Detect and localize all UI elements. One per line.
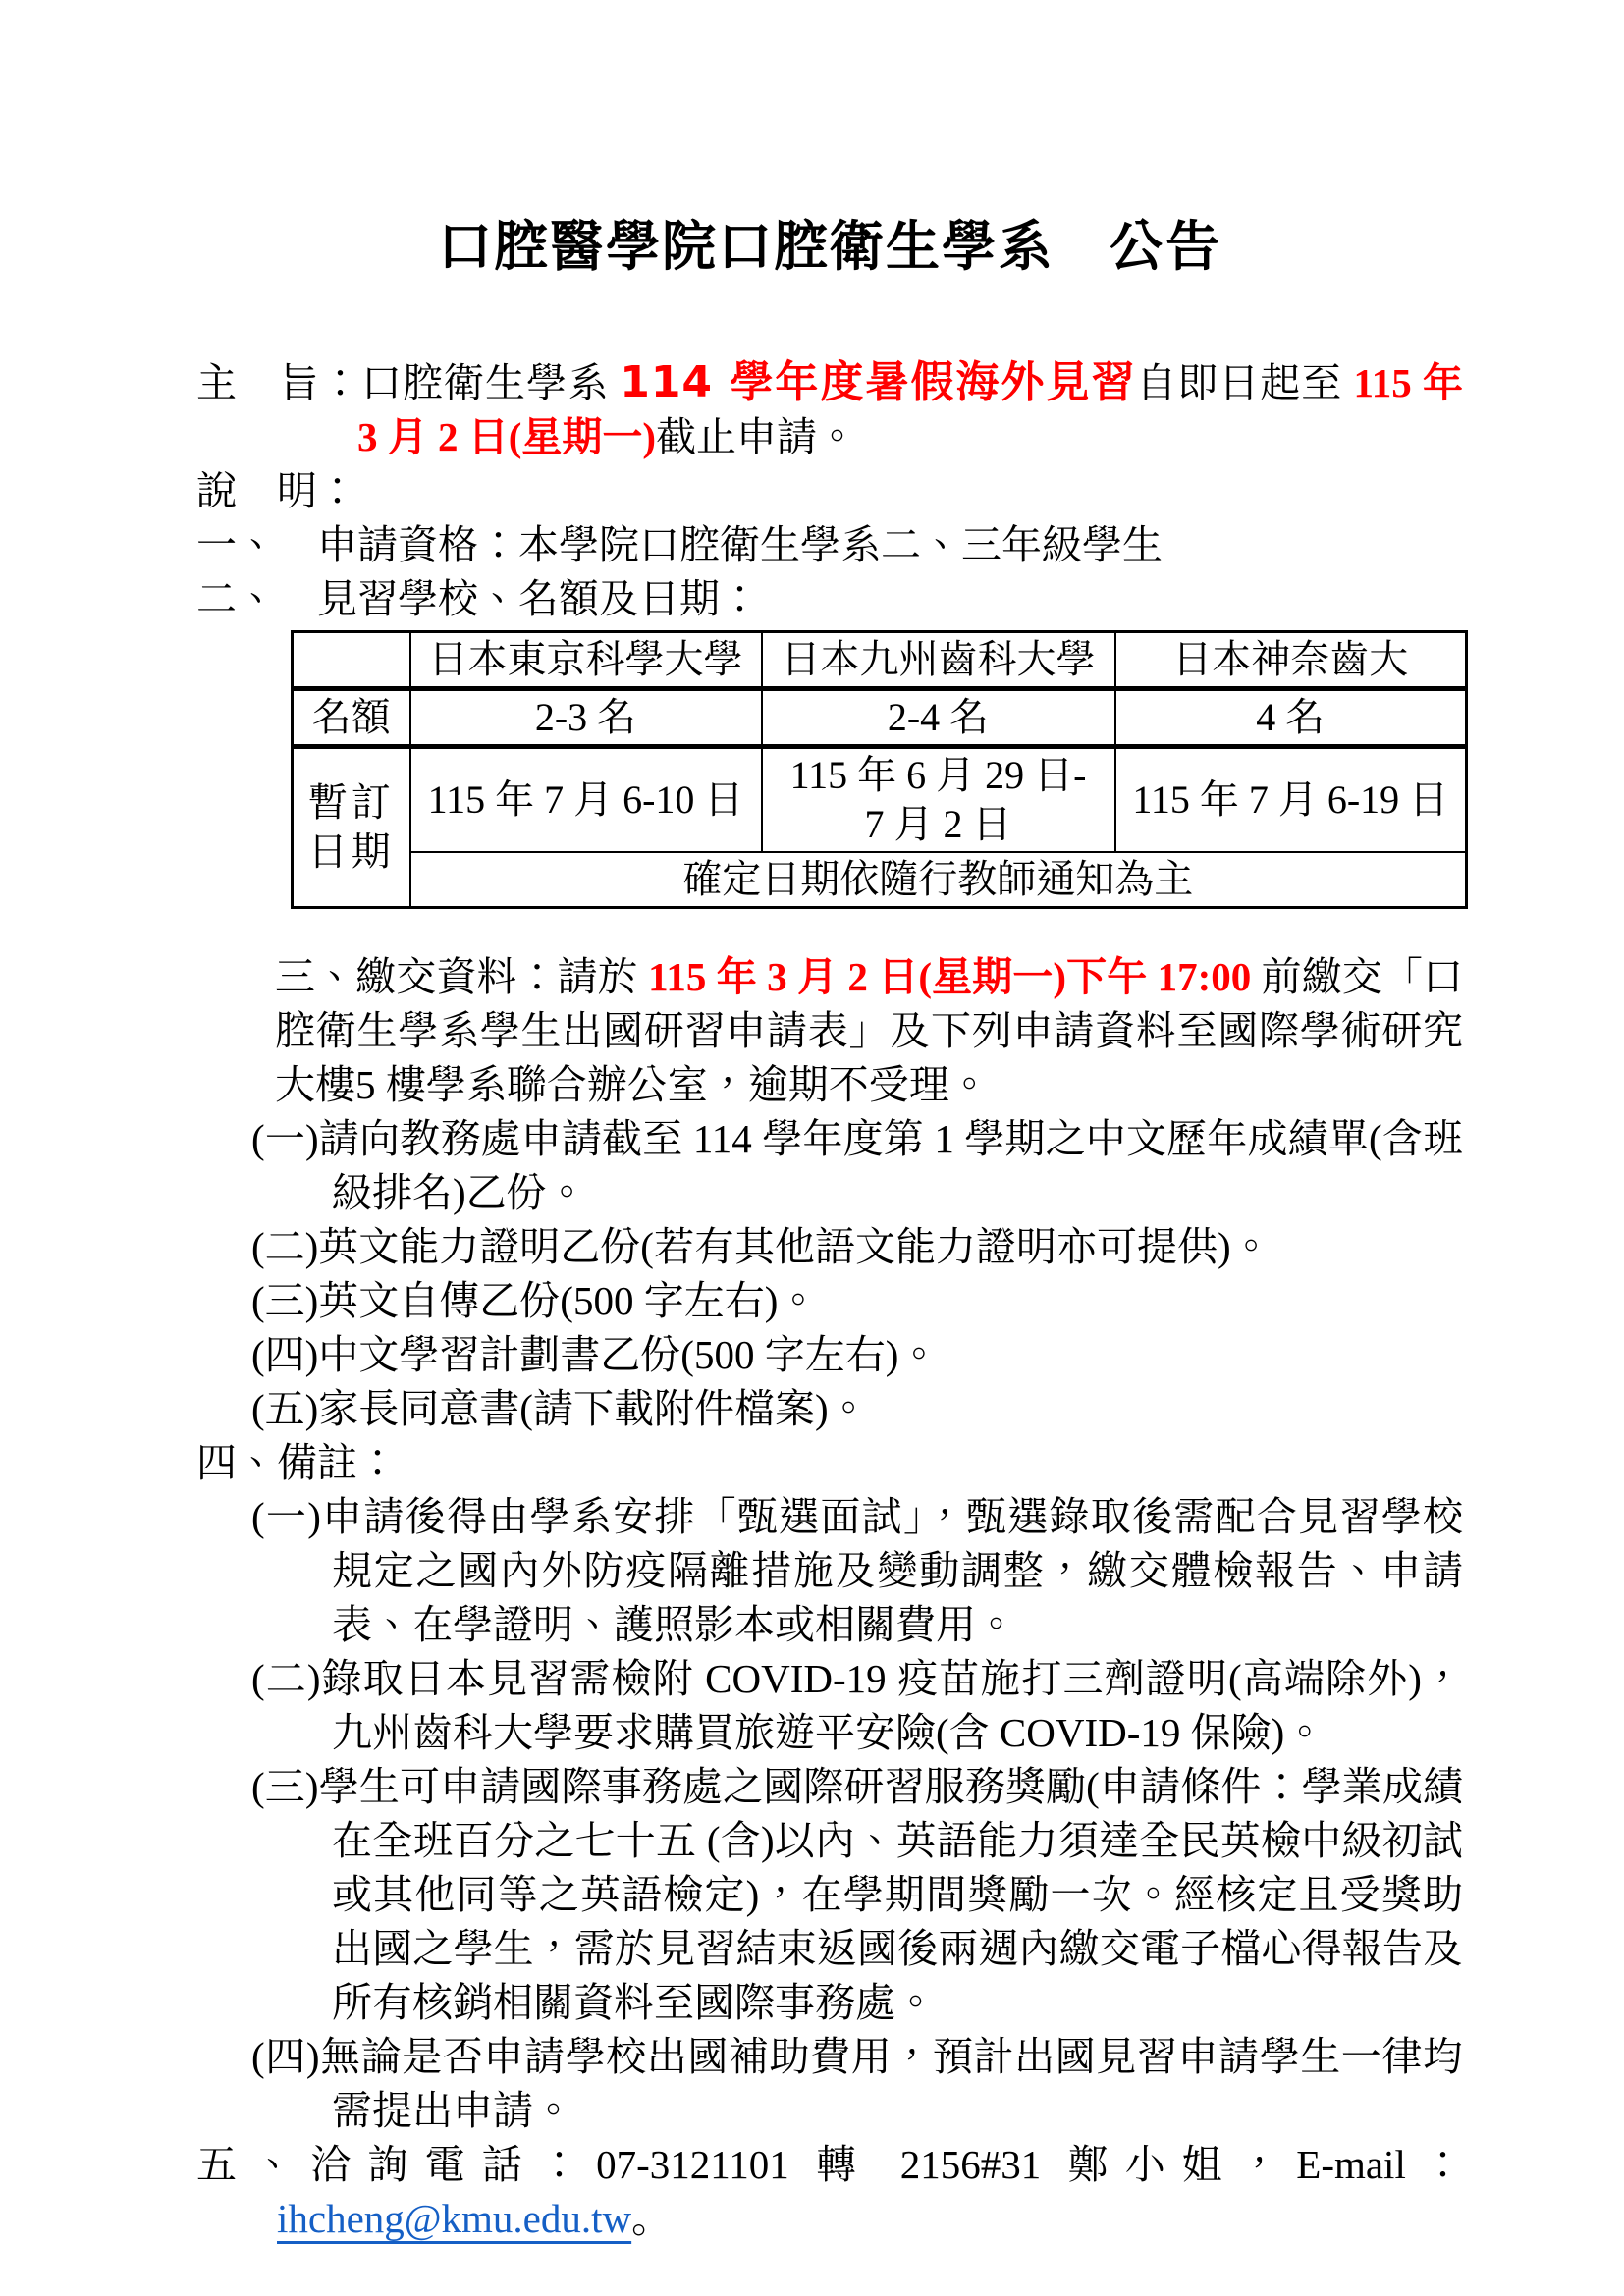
list-item-3-documents: 三、繳交資料：請於 115 年 3 月 2 日(星期一)下午 17:00 前繳交… (275, 950, 1463, 1112)
doc-subitem-1: (一)請向教務處申請截至 114 學年度第 1 學期之中文歷年成績單(含班級排名… (332, 1112, 1463, 1220)
doc-subitem-4: (四)中文學習計劃書乙份(500 字左右)。 (332, 1328, 1463, 1382)
note-subitem-4: (四)無論是否申請學校出國補助費用，預計出國見習申請學生一律均需提出申請。 (332, 2030, 1463, 2138)
contact-text: 五、洽詢電話：07-3121101 轉 2156#31 鄭小姐，E-mail： (196, 2142, 1463, 2187)
table-row-quota: 名額 2-3 名 2-4 名 4 名 (293, 689, 1467, 747)
subject-mid-text: 自即日起至 (1136, 360, 1353, 405)
email-link[interactable]: ihcheng@kmu.edu.tw (277, 2196, 631, 2241)
list-item-5-contact: 五、洽詢電話：07-3121101 轉 2156#31 鄭小姐，E-mail：i… (196, 2138, 1463, 2246)
date-cell-tokyo: 115 年 7 月 6-10 日 (410, 747, 762, 853)
date-note-cell: 確定日期依隨行教師通知為主 (410, 852, 1467, 908)
doc-subitem-3: (三)英文自傳乙份(500 字左右)。 (332, 1274, 1463, 1328)
note-subitem-2: (二)錄取日本見習需檢附 COVID-19 疫苗施打三劑證明(高端除外)，九州齒… (332, 1652, 1463, 1760)
internship-schedule-table: 日本東京科學大學 日本九州齒科大學 日本神奈齒大 名額 2-3 名 2-4 名 … (291, 630, 1468, 909)
list-item-1-eligibility: 一、 申請資格：本學院口腔衛生學系二、三年級學生 (196, 518, 1463, 572)
contact-tail-text: 。 (631, 2196, 672, 2241)
subject-line: 主 旨：口腔衛生學系 114 學年度暑假海外見習自即日起至 115 年 3 月 … (196, 355, 1463, 464)
subject-tail-text: 截止申請。 (656, 414, 857, 459)
date-label-cell: 暫訂 日期 (293, 747, 410, 908)
corner-cell (293, 632, 410, 689)
list-item-4-notes-label: 四、備註： (196, 1436, 1463, 1490)
note-subitem-1: (一)申請後得由學系安排「甄選面試」，甄選錄取後需配合見習學校規定之國內外防疫隔… (332, 1490, 1463, 1652)
table-row-date-note: 確定日期依隨行教師通知為主 (293, 852, 1467, 908)
item3-pre-text: 三、繳交資料：請於 (275, 954, 648, 999)
quota-cell-kyushu: 2-4 名 (762, 689, 1115, 747)
subject-dept: 口腔衛生學系 (361, 360, 620, 405)
quota-cell-tokyo: 2-3 名 (410, 689, 762, 747)
explanation-label: 說 明： (196, 464, 1463, 518)
subject-program-highlight: 114 學年度暑假海外見習 (620, 357, 1136, 407)
quota-cell-kanagawa: 4 名 (1115, 689, 1467, 747)
list-item-2-schools: 二、 見習學校、名額及日期： (196, 572, 1463, 626)
page-title: 口腔醫學院口腔衛生學系 公告 (196, 218, 1463, 277)
item3-deadline-highlight: 115 年 3 月 2 日(星期一)下午 17:00 (648, 954, 1251, 999)
table-row-schools: 日本東京科學大學 日本九州齒科大學 日本神奈齒大 (293, 632, 1467, 689)
subject-label: 主 旨： (196, 360, 361, 405)
announcement-document: 口腔醫學院口腔衛生學系 公告 主 旨：口腔衛生學系 114 學年度暑假海外見習自… (0, 0, 1624, 2296)
school-cell-tokyo: 日本東京科學大學 (410, 632, 762, 689)
date-cell-kanagawa: 115 年 7 月 6-19 日 (1115, 747, 1467, 853)
school-cell-kyushu: 日本九州齒科大學 (762, 632, 1115, 689)
doc-subitem-5: (五)家長同意書(請下載附件檔案)。 (332, 1382, 1463, 1436)
date-cell-kyushu: 115 年 6 月 29 日- 7 月 2 日 (762, 747, 1115, 853)
table-row-dates: 暫訂 日期 115 年 7 月 6-10 日 115 年 6 月 29 日- 7… (293, 747, 1467, 853)
school-cell-kanagawa: 日本神奈齒大 (1115, 632, 1467, 689)
doc-subitem-2: (二)英文能力證明乙份(若有其他語文能力證明亦可提供)。 (332, 1220, 1463, 1274)
quota-label-cell: 名額 (293, 689, 410, 747)
note-subitem-3: (三)學生可申請國際事務處之國際研習服務獎勵(申請條件：學業成績在全班百分之七十… (332, 1760, 1463, 2030)
